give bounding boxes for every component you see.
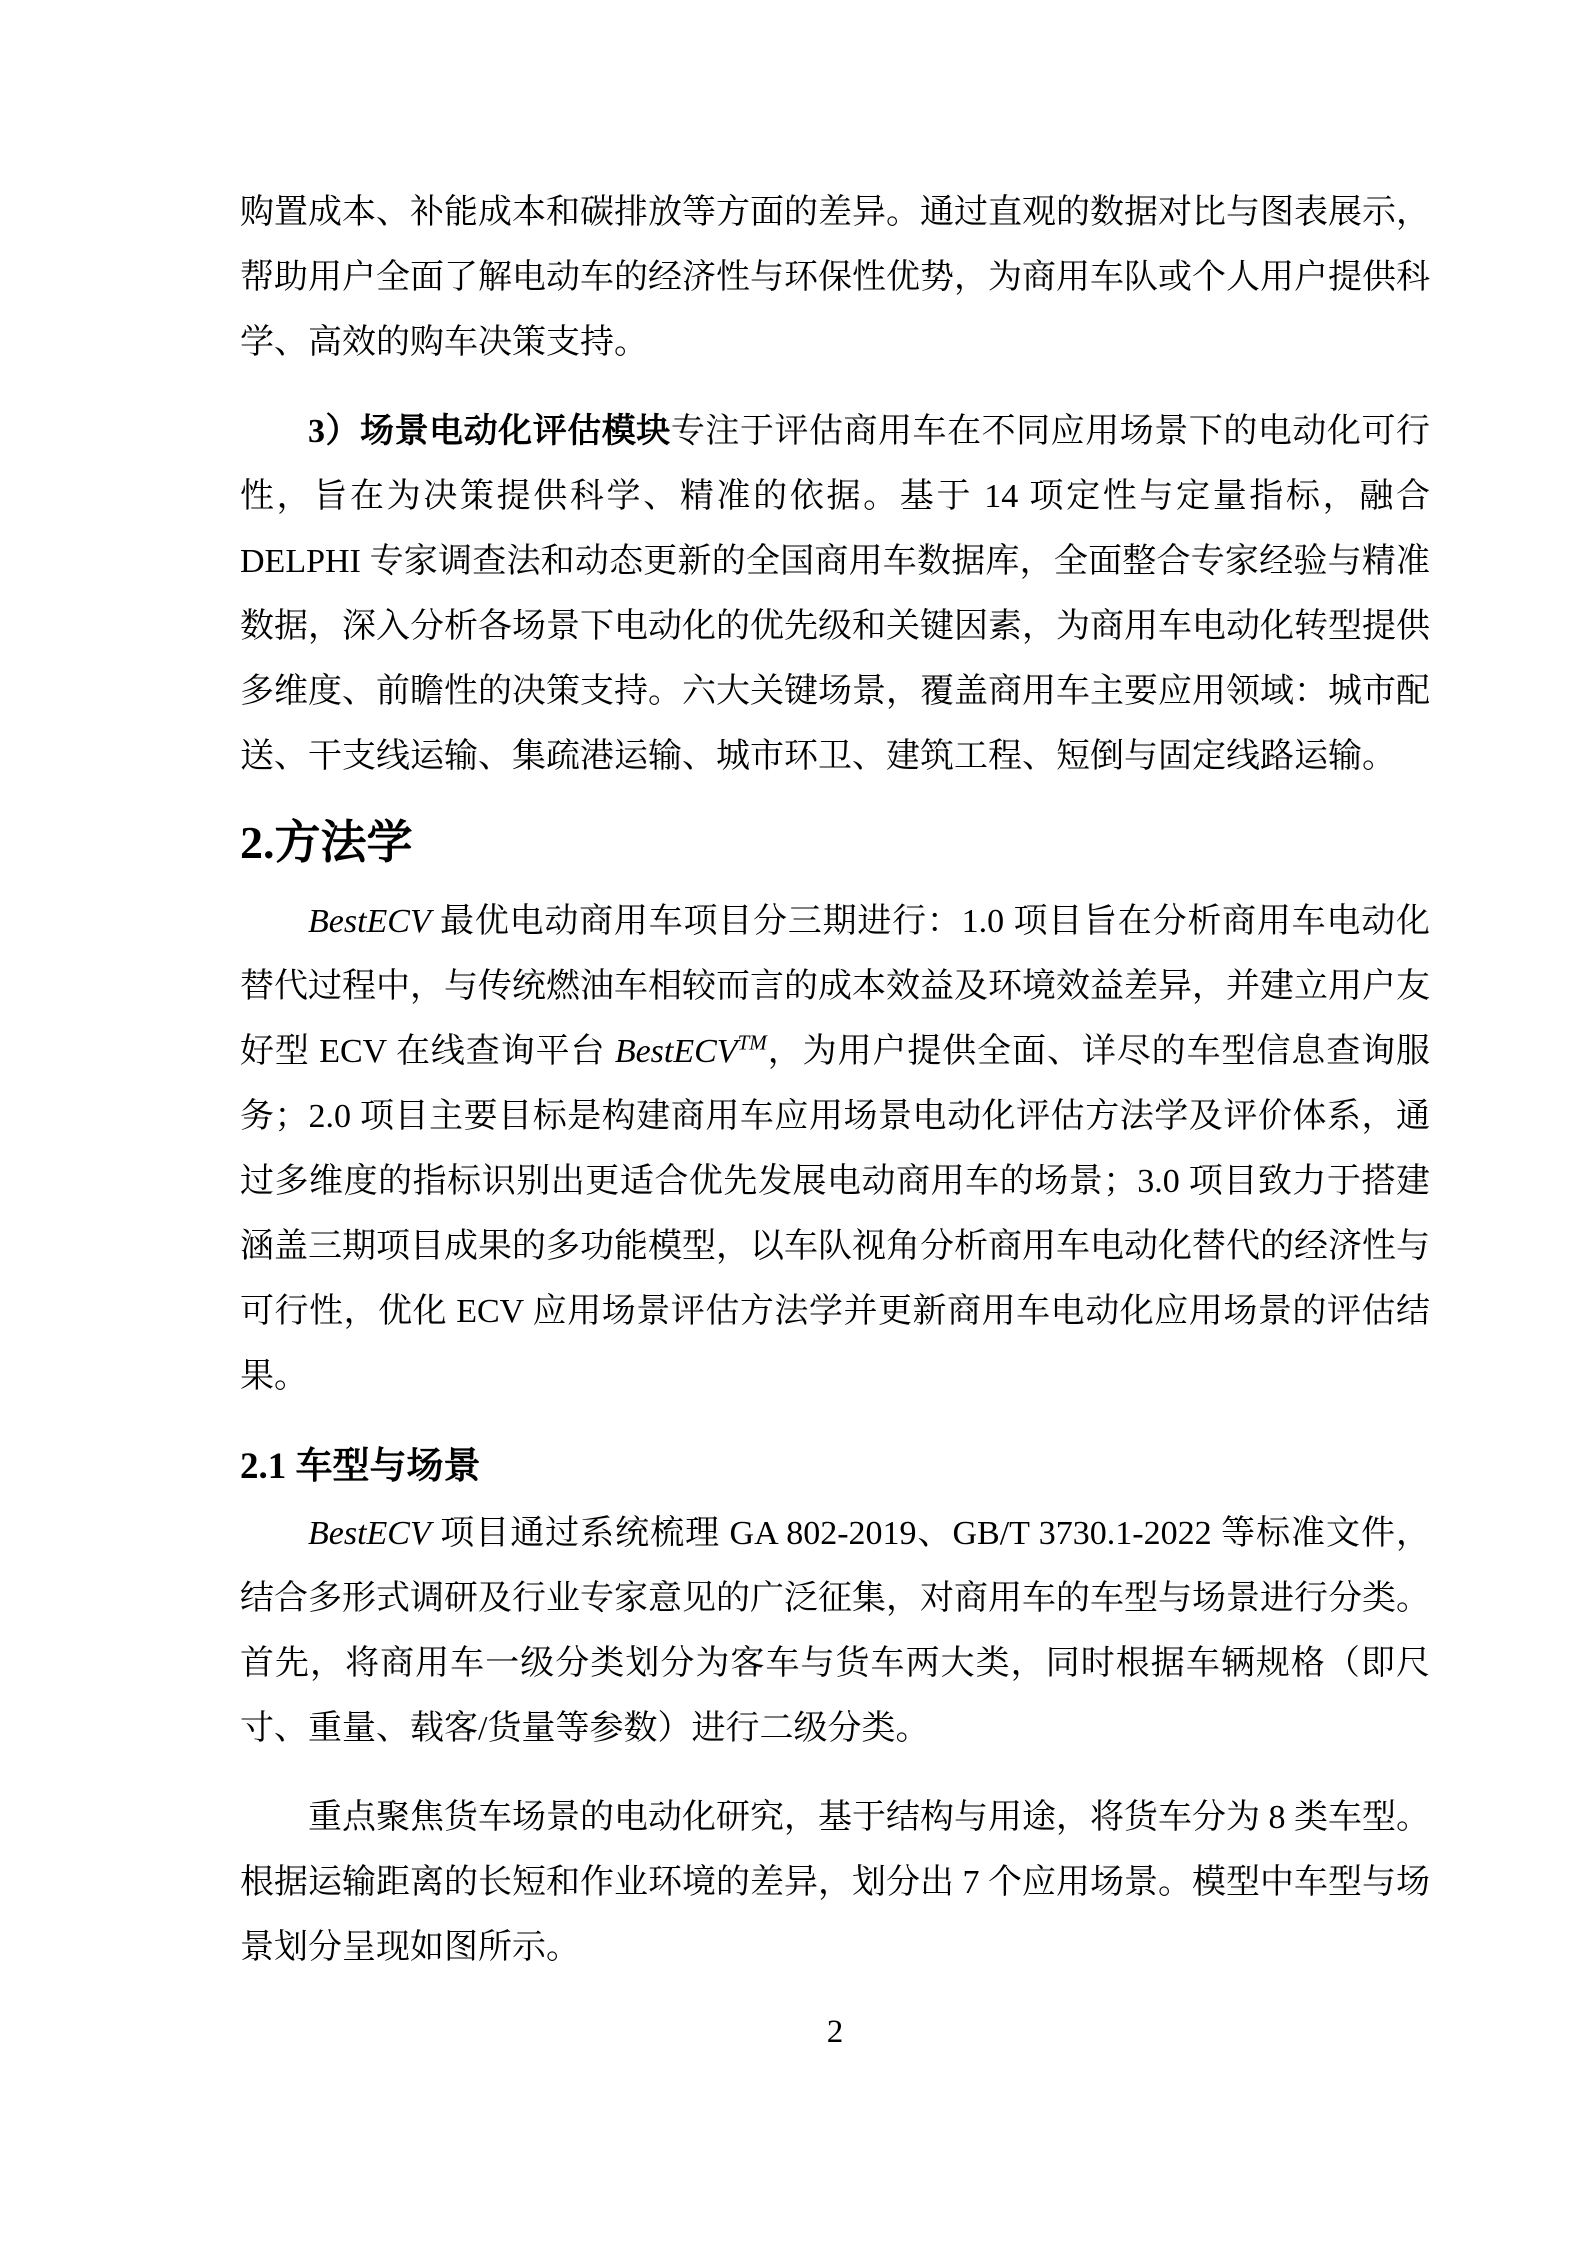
paragraph-scenario-evaluation-module: 3）场景电动化评估模块专注于评估商用车在不同应用场景下的电动化可行性，旨在为决策… <box>240 399 1430 789</box>
paragraph-classification-standards: BestECV 项目通过系统梳理 GA 802-2019、GB/T 3730.1… <box>240 1501 1430 1761</box>
bestecv-italic: BestECV <box>308 903 431 940</box>
paragraph-truck-scenario-focus: 重点聚焦货车场景的电动化研究，基于结构与用途，将货车分为 8 类车型。根据运输距… <box>240 1785 1430 1980</box>
bestecv-italic: BestECV <box>308 1515 431 1552</box>
paragraph-text: ，为用户提供全面、详尽的车型信息查询服务；2.0 项目主要目标是构建商用车应用场… <box>240 1033 1430 1395</box>
paragraph-purchase-cost-continuation: 购置成本、补能成本和碳排放等方面的差异。通过直观的数据对比与图表展示，帮助用户全… <box>240 180 1430 375</box>
page-number: 2 <box>240 2012 1430 2052</box>
document-page: 购置成本、补能成本和碳排放等方面的差异。通过直观的数据对比与图表展示，帮助用户全… <box>0 0 1588 2245</box>
trademark-superscript: TM <box>738 1031 767 1055</box>
paragraph-project-phases: BestECV 最优电动商用车项目分三期进行：1.0 项目旨在分析商用车电动化替… <box>240 889 1430 1409</box>
bestecv-italic: BestECV <box>615 1033 738 1070</box>
bold-lead-scenario-module: 3）场景电动化评估模块 <box>308 413 671 450</box>
subsection-heading-vehicle-scenario: 2.1 车型与场景 <box>240 1433 1430 1501</box>
paragraph-text: 专注于评估商用车在不同应用场景下的电动化可行性，旨在为决策提供科学、精准的依据。… <box>240 413 1430 775</box>
section-heading-methodology: 2.方法学 <box>240 813 1430 873</box>
page-content: 购置成本、补能成本和碳排放等方面的差异。通过直观的数据对比与图表展示，帮助用户全… <box>240 180 1430 2004</box>
